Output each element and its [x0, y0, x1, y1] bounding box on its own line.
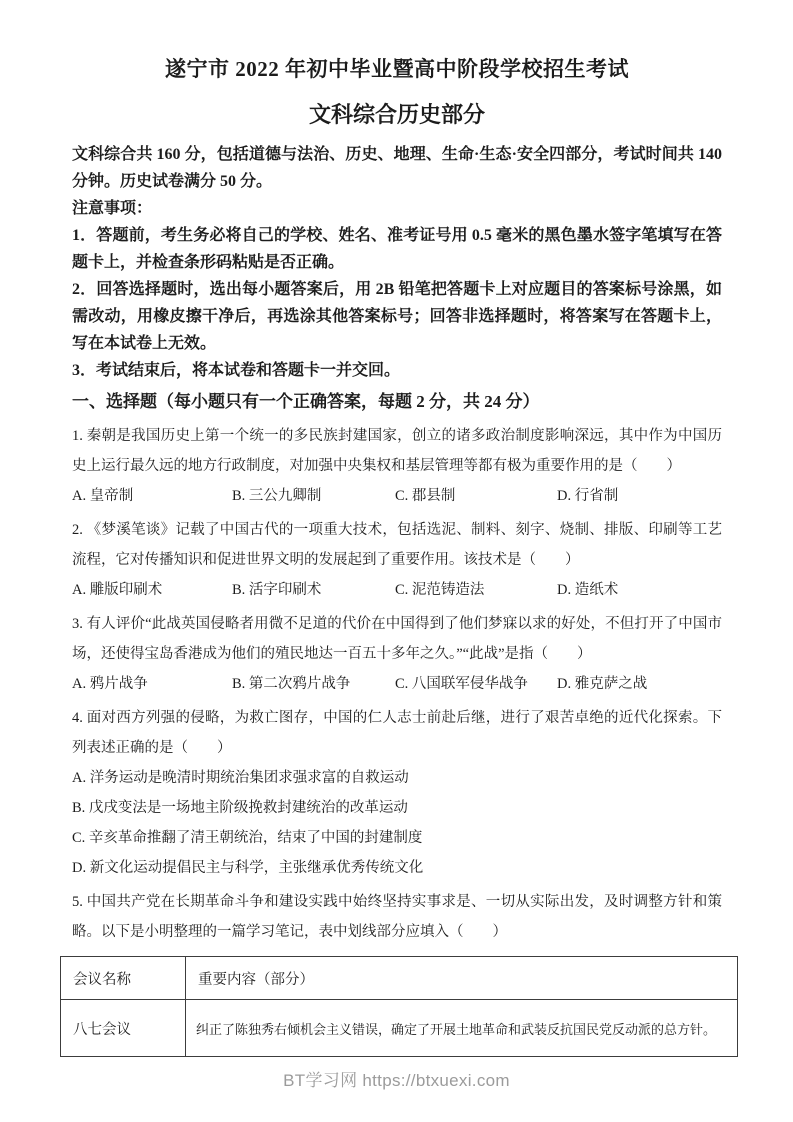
- notice-item-2: 2．回答选择题时，选出每小题答案后，用 2B 铅笔把答题卡上对应题目的答案标号涂…: [72, 276, 722, 357]
- question-3-options: A. 鸦片战争 B. 第二次鸦片战争 C. 八国联军侵华战争 D. 雅克萨之战: [72, 669, 722, 699]
- question-4-stem: 4. 面对西方列强的侵略，为救亡图存，中国的仁人志士前赴后继，进行了艰苦卓绝的近…: [72, 703, 722, 763]
- question-2-option-d: D. 造纸术: [557, 575, 722, 605]
- question-2-option-c: C. 泥范铸造法: [395, 575, 557, 605]
- question-4: 4. 面对西方列强的侵略，为救亡图存，中国的仁人志士前赴后继，进行了艰苦卓绝的近…: [72, 703, 722, 883]
- section-heading-choice-questions: 一、选择题（每小题只有一个正确答案，每题 2 分，共 24 分）: [72, 387, 722, 417]
- table-header-important-content: 重要内容（部分）: [186, 957, 738, 1000]
- question-1-stem: 1. 秦朝是我国历史上第一个统一的多民族封建国家，创立的诸多政治制度影响深远，其…: [72, 421, 722, 481]
- question-5: 5. 中国共产党在长期革命斗争和建设实践中始终坚持实事求是、一切从实际出发，及时…: [72, 887, 722, 947]
- question-4-option-d: D. 新文化运动提倡民主与科学，主张继承优秀传统文化: [72, 853, 722, 883]
- question-4-option-a: A. 洋务运动是晚清时期统治集团求强求富的自救运动: [72, 763, 722, 793]
- watermark-footer: BT学习网 https://btxuexi.com: [0, 1066, 793, 1091]
- table-cell-meeting-name: 八七会议: [61, 1000, 186, 1057]
- question-2-options: A. 雕版印刷术 B. 活字印刷术 C. 泥范铸造法 D. 造纸术: [72, 575, 722, 605]
- page-subtitle: 文科综合历史部分: [72, 100, 722, 130]
- question-4-options: A. 洋务运动是晚清时期统治集团求强求富的自救运动 B. 戊戌变法是一场地主阶级…: [72, 763, 722, 883]
- table-cell-meeting-detail: 纠正了陈独秀右倾机会主义错误，确定了开展土地革命和武装反抗国民党反动派的总方针。: [186, 1000, 738, 1057]
- question-1-option-a: A. 皇帝制: [72, 481, 232, 511]
- question-3: 3. 有人评价“此战英国侵略者用微不足道的代价在中国得到了他们梦寐以求的好处，不…: [72, 609, 722, 699]
- notice-item-3: 3．考试结束后，将本试卷和答题卡一并交回。: [72, 357, 722, 384]
- question-1-option-d: D. 行省制: [557, 481, 722, 511]
- question-1-option-b: B. 三公九卿制: [232, 481, 395, 511]
- question-1-options: A. 皇帝制 B. 三公九卿制 C. 郡县制 D. 行省制: [72, 481, 722, 511]
- question-4-option-c: C. 辛亥革命推翻了清王朝统治，结束了中国的封建制度: [72, 823, 722, 853]
- question-3-option-d: D. 雅克萨之战: [557, 669, 722, 699]
- question-2: 2. 《梦溪笔谈》记载了中国古代的一项重大技术，包括选泥、制料、刻字、烧制、排版…: [72, 515, 722, 605]
- question-1-option-c: C. 郡县制: [395, 481, 557, 511]
- meeting-notes-table: 会议名称 重要内容（部分） 八七会议 纠正了陈独秀右倾机会主义错误，确定了开展土…: [60, 956, 738, 1057]
- question-2-option-a: A. 雕版印刷术: [72, 575, 232, 605]
- question-5-stem: 5. 中国共产党在长期革命斗争和建设实践中始终坚持实事求是、一切从实际出发，及时…: [72, 887, 722, 947]
- question-2-stem: 2. 《梦溪笔谈》记载了中国古代的一项重大技术，包括选泥、制料、刻字、烧制、排版…: [72, 515, 722, 575]
- exam-intro-paragraph: 文科综合共 160 分，包括道德与法治、历史、地理、生命·生态·安全四部分，考试…: [72, 141, 722, 195]
- table-header-row: 会议名称 重要内容（部分）: [61, 957, 738, 1000]
- question-3-option-b: B. 第二次鸦片战争: [232, 669, 395, 699]
- table-header-meeting-name: 会议名称: [61, 957, 186, 1000]
- page-content: 遂宁市 2022 年初中毕业暨高中阶段学校招生考试 文科综合历史部分 文科综合共…: [72, 54, 722, 1057]
- question-3-option-a: A. 鸦片战争: [72, 669, 232, 699]
- table-row: 八七会议 纠正了陈独秀右倾机会主义错误，确定了开展土地革命和武装反抗国民党反动派…: [61, 1000, 738, 1057]
- page-title: 遂宁市 2022 年初中毕业暨高中阶段学校招生考试: [72, 54, 722, 84]
- question-1: 1. 秦朝是我国历史上第一个统一的多民族封建国家，创立的诸多政治制度影响深远，其…: [72, 421, 722, 511]
- question-3-option-c: C. 八国联军侵华战争: [395, 669, 557, 699]
- notice-item-1: 1．答题前，考生务必将自己的学校、姓名、准考证号用 0.5 毫米的黑色墨水签字笔…: [72, 222, 722, 276]
- notice-heading: 注意事项：: [72, 195, 722, 222]
- question-4-option-b: B. 戊戌变法是一场地主阶级挽救封建统治的改革运动: [72, 793, 722, 823]
- question-3-stem: 3. 有人评价“此战英国侵略者用微不足道的代价在中国得到了他们梦寐以求的好处，不…: [72, 609, 722, 669]
- exam-paper-page: 遂宁市 2022 年初中毕业暨高中阶段学校招生考试 文科综合历史部分 文科综合共…: [0, 0, 793, 1122]
- question-2-option-b: B. 活字印刷术: [232, 575, 395, 605]
